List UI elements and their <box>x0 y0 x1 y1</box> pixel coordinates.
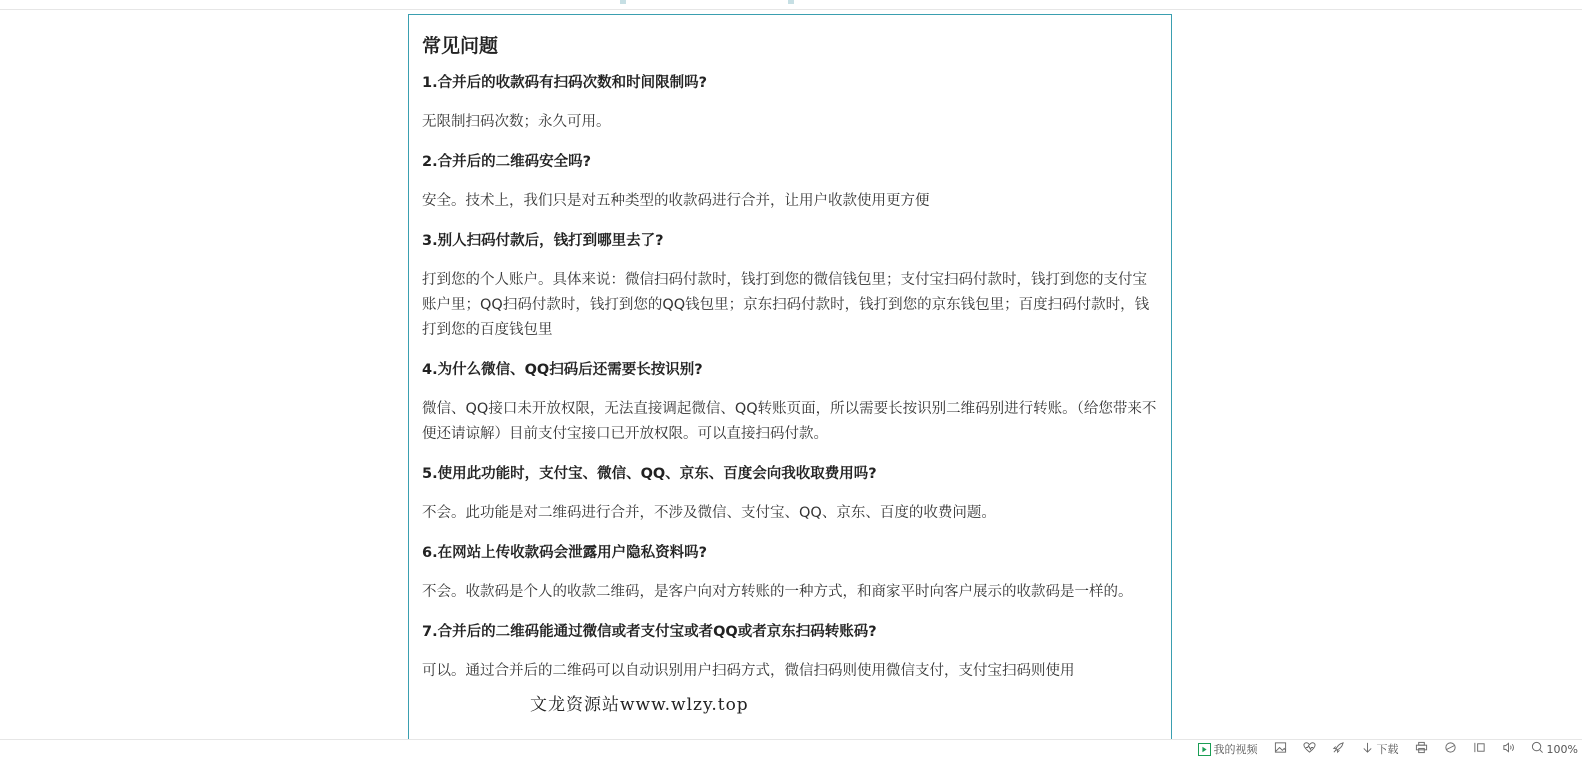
faq-answer-2: 安全。技术上，我们只是对五种类型的收款码进行合并，让用户收款使用更方便 <box>422 189 1158 214</box>
download-label: 下载 <box>1377 741 1399 757</box>
print-button[interactable] <box>1415 740 1428 758</box>
speaker-icon <box>1502 741 1515 757</box>
faq-answer-1: 无限制扫码次数；永久可用。 <box>422 110 1158 135</box>
decorative-stub <box>788 0 794 4</box>
faq-question-4: 4.为什么微信、QQ扫码后还需要长按识别? <box>422 358 1158 382</box>
faq-question-5: 5.使用此功能时，支付宝、微信、QQ、京东、百度会向我收取费用吗? <box>422 462 1158 486</box>
faq-question-7: 7.合并后的二维码能通过微信或者支付宝或者QQ或者京东扫码转账码? <box>422 620 1158 644</box>
magnifier-icon <box>1531 741 1544 757</box>
clear-button[interactable] <box>1444 740 1457 758</box>
heart-pulse-icon <box>1303 741 1316 757</box>
faq-question-6: 6.在网站上传收款码会泄露用户隐私资料吗? <box>422 541 1158 565</box>
download-button[interactable]: 下载 <box>1361 740 1399 758</box>
faq-answer-6: 不会。收款码是个人的收款二维码，是客户向对方转账的一种方式，和商家平时向客户展示… <box>422 580 1158 605</box>
play-icon <box>1198 743 1211 756</box>
faq-answer-5: 不会。此功能是对二维码进行合并，不涉及微信、支付宝、QQ、京东、百度的收费问题。 <box>422 501 1158 526</box>
eraser-icon <box>1444 741 1457 757</box>
faq-answer-4: 微信、QQ接口未开放权限，无法直接调起微信、QQ转账页面，所以需要长按识别二维码… <box>422 397 1158 447</box>
printer-icon <box>1415 741 1428 757</box>
window-button[interactable] <box>1473 740 1486 758</box>
faq-answer-3: 打到您的个人账户。具体来说：微信扫码付款时，钱打到您的微信钱包里；支付宝扫码付款… <box>422 268 1158 343</box>
faq-question-1: 1.合并后的收款码有扫码次数和时间限制吗? <box>422 71 1158 95</box>
my-videos-button[interactable]: 我的视频 <box>1198 740 1258 758</box>
faq-title: 常见问题 <box>422 33 1158 59</box>
decorative-stub <box>620 0 626 4</box>
download-icon <box>1361 741 1374 757</box>
accelerate-button[interactable] <box>1332 740 1345 758</box>
top-page-strip <box>0 0 1582 10</box>
faq-question-2: 2.合并后的二维码安全吗? <box>422 150 1158 174</box>
sound-button[interactable] <box>1502 740 1515 758</box>
window-icon <box>1473 741 1486 757</box>
browser-statusbar: 我的视频 下载 <box>0 740 1582 758</box>
faq-card: 常见问题 1.合并后的收款码有扫码次数和时间限制吗? 无限制扫码次数；永久可用。… <box>408 14 1172 754</box>
my-videos-label: 我的视频 <box>1214 741 1258 757</box>
rocket-icon <box>1332 741 1345 757</box>
zoom-level: 100% <box>1547 743 1578 756</box>
image-button[interactable] <box>1274 740 1287 758</box>
zoom-button[interactable]: 100% <box>1531 740 1578 758</box>
health-button[interactable] <box>1303 740 1316 758</box>
faq-answer-7: 可以。通过合并后的二维码可以自动识别用户扫码方式，微信扫码则使用微信支付，支付宝… <box>422 659 1158 684</box>
image-icon <box>1274 741 1287 757</box>
faq-question-3: 3.别人扫码付款后，钱打到哪里去了? <box>422 229 1158 253</box>
